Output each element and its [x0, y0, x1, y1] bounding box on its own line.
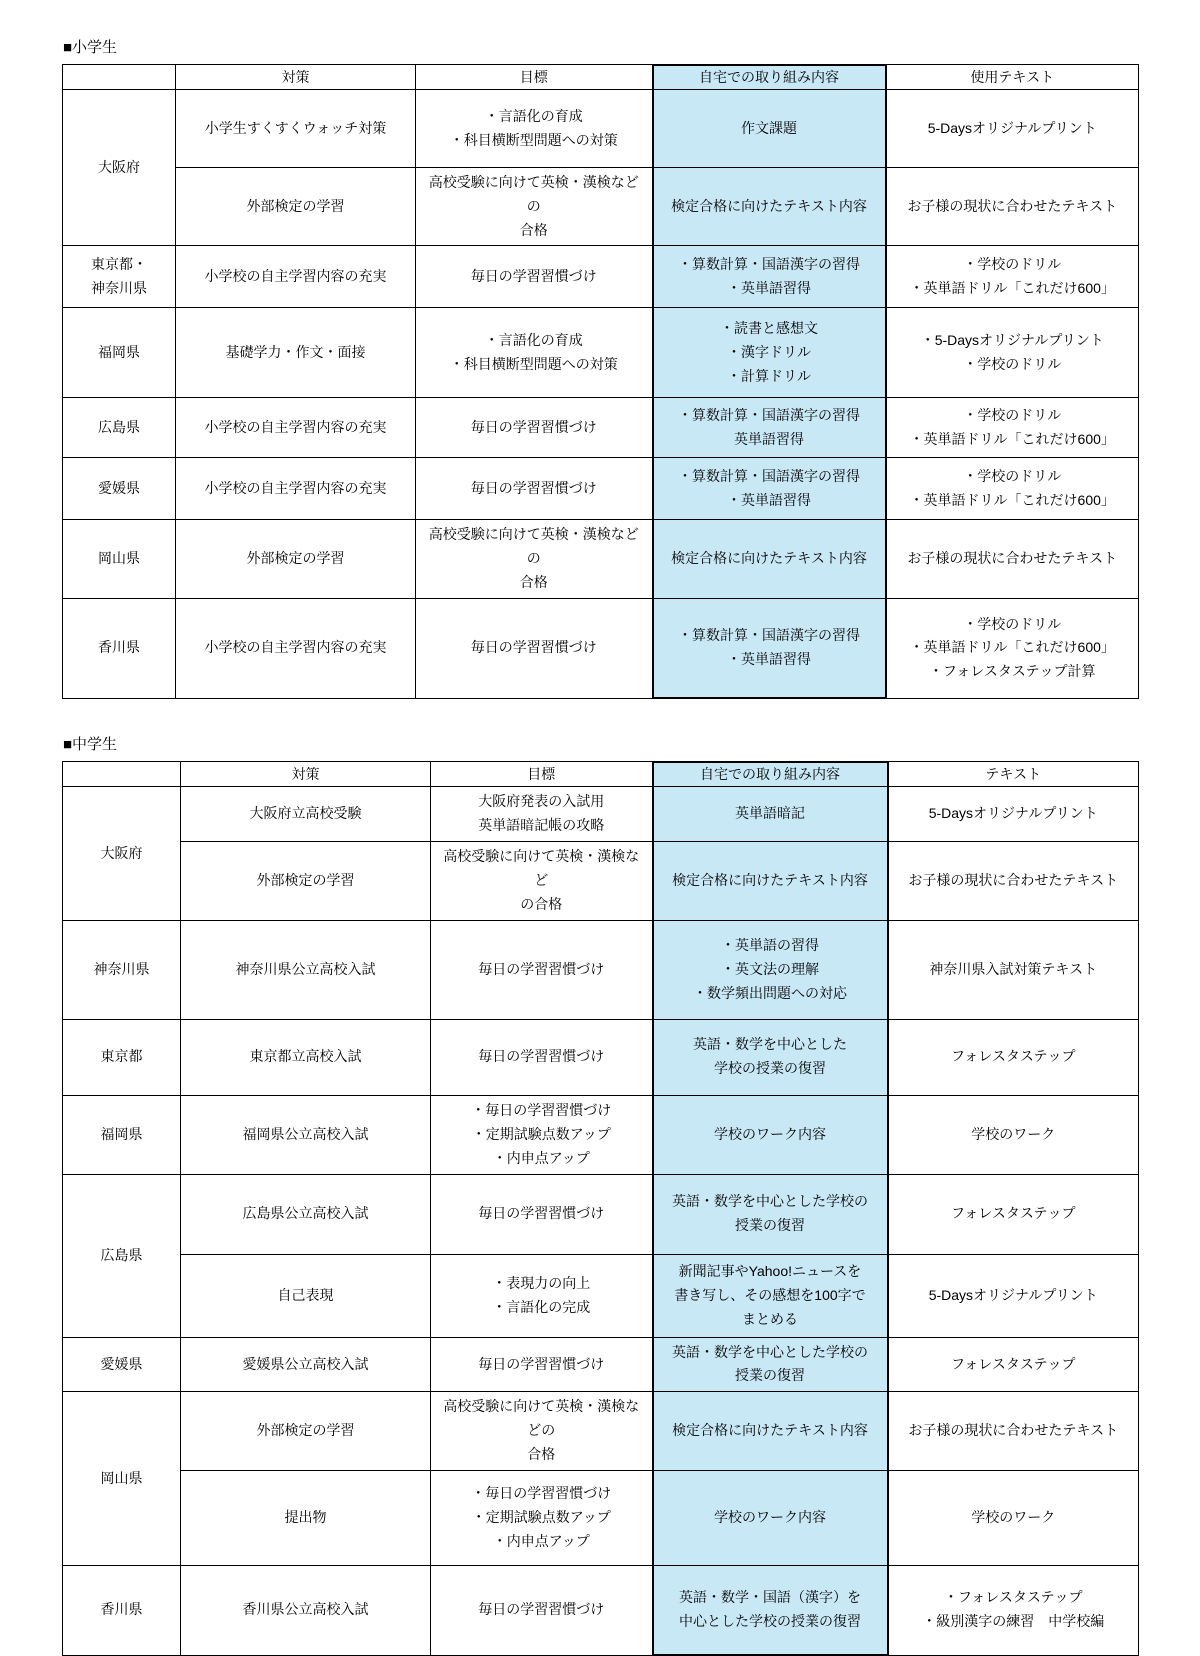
table-row: 岡山県 外部検定の学習 高校受験に向けて英検・漢検などの 合格 検定合格に向けた…	[63, 520, 1139, 598]
table-row: 神奈川県 神奈川県公立高校入試 毎日の学習習慣づけ ・英単語の習得 ・英文法の理…	[63, 920, 1139, 1019]
region-cell: 広島県	[63, 398, 176, 458]
textbook-cell: フォレスタステップ	[888, 1174, 1139, 1254]
table-row: 大阪府 小学生すくすくウォッチ対策 ・言語化の育成 ・科目横断型問題への対策 作…	[63, 90, 1139, 168]
measure-cell: 外部検定の学習	[176, 520, 416, 598]
elementary-table: 対策 目標 自宅での取り組み内容 使用テキスト 大阪府 小学生すくすくウォッチ対…	[62, 64, 1139, 700]
region-cell: 神奈川県	[63, 920, 181, 1019]
textbook-cell: お子様の現状に合わせたテキスト	[886, 520, 1139, 598]
textbook-cell: 5-Daysオリジナルプリント	[888, 787, 1139, 842]
home-content-cell: ・算数計算・国語漢字の習得 ・英単語習得	[653, 246, 886, 308]
measure-cell: 外部検定の学習	[181, 842, 431, 920]
goal-cell: 毎日の学習習慣づけ	[431, 920, 653, 1019]
region-cell: 愛媛県	[63, 458, 176, 520]
home-content-cell: ・算数計算・国語漢字の習得 英単語習得	[653, 398, 886, 458]
home-content-cell: 検定合格に向けたテキスト内容	[653, 520, 886, 598]
measure-cell: 提出物	[181, 1470, 431, 1565]
table-row: 広島県 小学校の自主学習内容の充実 毎日の学習習慣づけ ・算数計算・国語漢字の習…	[63, 398, 1139, 458]
region-cell: 岡山県	[63, 520, 176, 598]
junior-header-row: 対策 目標 自宅での取り組み内容 テキスト	[63, 762, 1139, 787]
region-cell: 香川県	[63, 598, 176, 698]
measure-cell: 小学校の自主学習内容の充実	[176, 458, 416, 520]
goal-cell: 高校受験に向けて英検・漢検などの 合格	[416, 168, 653, 246]
home-content-cell: ・英単語の習得 ・英文法の理解 ・数学頻出問題への対応	[653, 920, 888, 1019]
goal-cell: ・言語化の育成 ・科目横断型問題への対策	[416, 308, 653, 398]
col-header-home-content: 自宅での取り組み内容	[653, 762, 888, 787]
measure-cell: 広島県公立高校入試	[181, 1174, 431, 1254]
table-row: 福岡県 福岡県公立高校入試 ・毎日の学習習慣づけ ・定期試験点数アップ ・内申点…	[63, 1095, 1139, 1174]
region-cell: 大阪府	[63, 787, 181, 920]
table-row: 東京都 東京都立高校入試 毎日の学習習慣づけ 英語・数学を中心とした 学校の授業…	[63, 1019, 1139, 1095]
table-row: 東京都・ 神奈川県 小学校の自主学習内容の充実 毎日の学習習慣づけ ・算数計算・…	[63, 246, 1139, 308]
textbook-cell: 学校のワーク	[888, 1095, 1139, 1174]
measure-cell: 外部検定の学習	[181, 1392, 431, 1470]
region-cell: 岡山県	[63, 1392, 181, 1565]
textbook-cell: 5-Daysオリジナルプリント	[888, 1254, 1139, 1337]
measure-cell: 小学校の自主学習内容の充実	[176, 246, 416, 308]
region-cell: 福岡県	[63, 308, 176, 398]
goal-cell: ・言語化の育成 ・科目横断型問題への対策	[416, 90, 653, 168]
col-header-measures: 対策	[181, 762, 431, 787]
measure-cell: 福岡県公立高校入試	[181, 1095, 431, 1174]
region-cell: 東京都・ 神奈川県	[63, 246, 176, 308]
textbook-cell: お子様の現状に合わせたテキスト	[888, 1392, 1139, 1470]
region-cell: 大阪府	[63, 90, 176, 246]
home-content-cell: 作文課題	[653, 90, 886, 168]
home-content-cell: 英語・数学を中心とした学校の 授業の復習	[653, 1174, 888, 1254]
region-cell: 広島県	[63, 1174, 181, 1337]
measure-cell: 愛媛県公立高校入試	[181, 1337, 431, 1392]
measure-cell: 小学校の自主学習内容の充実	[176, 398, 416, 458]
textbook-cell: ・学校のドリル ・英単語ドリル「これだけ600」	[886, 398, 1139, 458]
table-row: 香川県 小学校の自主学習内容の充実 毎日の学習習慣づけ ・算数計算・国語漢字の習…	[63, 598, 1139, 698]
goal-cell: 大阪府発表の入試用 英単語暗記帳の攻略	[431, 787, 653, 842]
textbook-cell: 5-Daysオリジナルプリント	[886, 90, 1139, 168]
home-content-cell: 学校のワーク内容	[653, 1095, 888, 1174]
home-content-cell: 検定合格に向けたテキスト内容	[653, 1392, 888, 1470]
col-header-region	[63, 65, 176, 90]
goal-cell: 高校受験に向けて英検・漢検など の合格	[431, 842, 653, 920]
textbook-cell: ・学校のドリル ・英単語ドリル「これだけ600」	[886, 246, 1139, 308]
goal-cell: 毎日の学習習慣づけ	[416, 598, 653, 698]
col-header-goal: 目標	[416, 65, 653, 90]
col-header-textbook: テキスト	[888, 762, 1139, 787]
home-content-cell: 英単語暗記	[653, 787, 888, 842]
goal-cell: 毎日の学習習慣づけ	[431, 1174, 653, 1254]
section-elementary: ■小学生 対策 目標 自宅での取り組み内容 使用テキスト 大阪府 小学生すくすく…	[62, 38, 1138, 699]
table-row: 岡山県 外部検定の学習 高校受験に向けて英検・漢検などの 合格 検定合格に向けた…	[63, 1392, 1139, 1470]
document-body: ■小学生 対策 目標 自宅での取り組み内容 使用テキスト 大阪府 小学生すくすく…	[62, 38, 1138, 1656]
col-header-home-content: 自宅での取り組み内容	[653, 65, 886, 90]
col-header-region	[63, 762, 181, 787]
col-header-goal: 目標	[431, 762, 653, 787]
section-title-elementary: ■小学生	[63, 38, 1138, 58]
region-cell: 愛媛県	[63, 1337, 181, 1392]
junior-high-table: 対策 目標 自宅での取り組み内容 テキスト 大阪府 大阪府立高校受験 大阪府発表…	[62, 761, 1139, 1656]
measure-cell: 東京都立高校入試	[181, 1019, 431, 1095]
goal-cell: 高校受験に向けて英検・漢検などの 合格	[431, 1392, 653, 1470]
home-content-cell: 英語・数学を中心とした学校の 授業の復習	[653, 1337, 888, 1392]
goal-cell: 毎日の学習習慣づけ	[431, 1337, 653, 1392]
measure-cell: 自己表現	[181, 1254, 431, 1337]
region-cell: 福岡県	[63, 1095, 181, 1174]
col-header-measures: 対策	[176, 65, 416, 90]
home-content-cell: 検定合格に向けたテキスト内容	[653, 842, 888, 920]
col-header-textbook: 使用テキスト	[886, 65, 1139, 90]
goal-cell: ・毎日の学習習慣づけ ・定期試験点数アップ ・内申点アップ	[431, 1470, 653, 1565]
table-row: 愛媛県 小学校の自主学習内容の充実 毎日の学習習慣づけ ・算数計算・国語漢字の習…	[63, 458, 1139, 520]
table-row: 香川県 香川県公立高校入試 毎日の学習習慣づけ 英語・数学・国語（漢字）を 中心…	[63, 1565, 1139, 1655]
home-content-cell: ・算数計算・国語漢字の習得 ・英単語習得	[653, 598, 886, 698]
textbook-cell: フォレスタステップ	[888, 1337, 1139, 1392]
textbook-cell: ・フォレスタステップ ・級別漢字の練習 中学校編	[888, 1565, 1139, 1655]
textbook-cell: ・学校のドリル ・英単語ドリル「これだけ600」	[886, 458, 1139, 520]
measure-cell: 大阪府立高校受験	[181, 787, 431, 842]
table-row: 愛媛県 愛媛県公立高校入試 毎日の学習習慣づけ 英語・数学を中心とした学校の 授…	[63, 1337, 1139, 1392]
measure-cell: 基礎学力・作文・面接	[176, 308, 416, 398]
measure-cell: 神奈川県公立高校入試	[181, 920, 431, 1019]
home-content-cell: 英語・数学を中心とした 学校の授業の復習	[653, 1019, 888, 1095]
home-content-cell: 新聞記事やYahoo!ニュースを 書き写し、その感想を100字で まとめる	[653, 1254, 888, 1337]
measure-cell: 外部検定の学習	[176, 168, 416, 246]
table-row: 大阪府 大阪府立高校受験 大阪府発表の入試用 英単語暗記帳の攻略 英単語暗記 5…	[63, 787, 1139, 842]
goal-cell: 毎日の学習習慣づけ	[416, 458, 653, 520]
table-row: 外部検定の学習 高校受験に向けて英検・漢検などの 合格 検定合格に向けたテキスト…	[63, 168, 1139, 246]
table-row: 提出物 ・毎日の学習習慣づけ ・定期試験点数アップ ・内申点アップ 学校のワーク…	[63, 1470, 1139, 1565]
measure-cell: 小学校の自主学習内容の充実	[176, 598, 416, 698]
textbook-cell: 神奈川県入試対策テキスト	[888, 920, 1139, 1019]
textbook-cell: ・学校のドリル ・英単語ドリル「これだけ600」 ・フォレスタステップ計算	[886, 598, 1139, 698]
measure-cell: 小学生すくすくウォッチ対策	[176, 90, 416, 168]
goal-cell: 毎日の学習習慣づけ	[431, 1019, 653, 1095]
goal-cell: 毎日の学習習慣づけ	[431, 1565, 653, 1655]
goal-cell: 毎日の学習習慣づけ	[416, 398, 653, 458]
home-content-cell: 学校のワーク内容	[653, 1470, 888, 1565]
table-row: 福岡県 基礎学力・作文・面接 ・言語化の育成 ・科目横断型問題への対策 ・読書と…	[63, 308, 1139, 398]
textbook-cell: ・5-Daysオリジナルプリント ・学校のドリル	[886, 308, 1139, 398]
elementary-header-row: 対策 目標 自宅での取り組み内容 使用テキスト	[63, 65, 1139, 90]
goal-cell: ・表現力の向上 ・言語化の完成	[431, 1254, 653, 1337]
textbook-cell: お子様の現状に合わせたテキスト	[886, 168, 1139, 246]
region-cell: 東京都	[63, 1019, 181, 1095]
home-content-cell: ・読書と感想文 ・漢字ドリル ・計算ドリル	[653, 308, 886, 398]
goal-cell: 毎日の学習習慣づけ	[416, 246, 653, 308]
textbook-cell: 学校のワーク	[888, 1470, 1139, 1565]
table-row: 自己表現 ・表現力の向上 ・言語化の完成 新聞記事やYahoo!ニュースを 書き…	[63, 1254, 1139, 1337]
table-row: 外部検定の学習 高校受験に向けて英検・漢検など の合格 検定合格に向けたテキスト…	[63, 842, 1139, 920]
goal-cell: ・毎日の学習習慣づけ ・定期試験点数アップ ・内申点アップ	[431, 1095, 653, 1174]
region-cell: 香川県	[63, 1565, 181, 1655]
home-content-cell: 検定合格に向けたテキスト内容	[653, 168, 886, 246]
goal-cell: 高校受験に向けて英検・漢検などの 合格	[416, 520, 653, 598]
section-title-junior-high: ■中学生	[63, 735, 1138, 755]
home-content-cell: 英語・数学・国語（漢字）を 中心とした学校の授業の復習	[653, 1565, 888, 1655]
table-row: 広島県 広島県公立高校入試 毎日の学習習慣づけ 英語・数学を中心とした学校の 授…	[63, 1174, 1139, 1254]
textbook-cell: お子様の現状に合わせたテキスト	[888, 842, 1139, 920]
home-content-cell: ・算数計算・国語漢字の習得 ・英単語習得	[653, 458, 886, 520]
measure-cell: 香川県公立高校入試	[181, 1565, 431, 1655]
textbook-cell: フォレスタステップ	[888, 1019, 1139, 1095]
section-junior-high: ■中学生 対策 目標 自宅での取り組み内容 テキスト 大阪府 大阪府立高校受験 …	[62, 735, 1138, 1656]
